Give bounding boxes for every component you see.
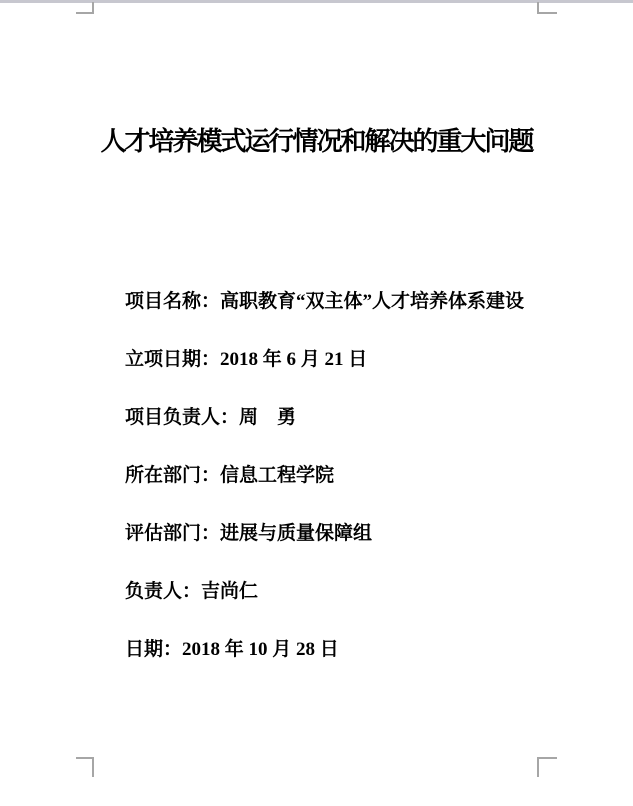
document-title[interactable]: 人才培养模式运行情况和解决的重大问题 <box>0 121 633 158</box>
field-project-leader[interactable]: 项目负责人：周 勇 <box>125 406 545 429</box>
field-responsible-person[interactable]: 负责人：吉尚仁 <box>125 580 545 603</box>
document-page[interactable]: 人才培养模式运行情况和解决的重大问题 项目名称：高职教育“双主体”人才培养体系建… <box>0 0 633 806</box>
margin-crop-mark-bottom-left-icon <box>76 757 94 777</box>
field-evaluation-department[interactable]: 评估部门：进展与质量保障组 <box>125 522 545 545</box>
field-project-name[interactable]: 项目名称：高职教育“双主体”人才培养体系建设 <box>125 290 545 313</box>
field-department[interactable]: 所在部门：信息工程学院 <box>125 464 545 487</box>
margin-crop-mark-top-right-icon <box>537 2 557 14</box>
field-date[interactable]: 日期：2018 年 10 月 28 日 <box>125 638 545 661</box>
field-approval-date[interactable]: 立项日期：2018 年 6 月 21 日 <box>125 348 545 371</box>
margin-crop-mark-top-left-icon <box>76 2 94 14</box>
document-fields: 项目名称：高职教育“双主体”人才培养体系建设 立项日期：2018 年 6 月 2… <box>125 290 545 696</box>
margin-crop-mark-bottom-right-icon <box>537 757 557 777</box>
